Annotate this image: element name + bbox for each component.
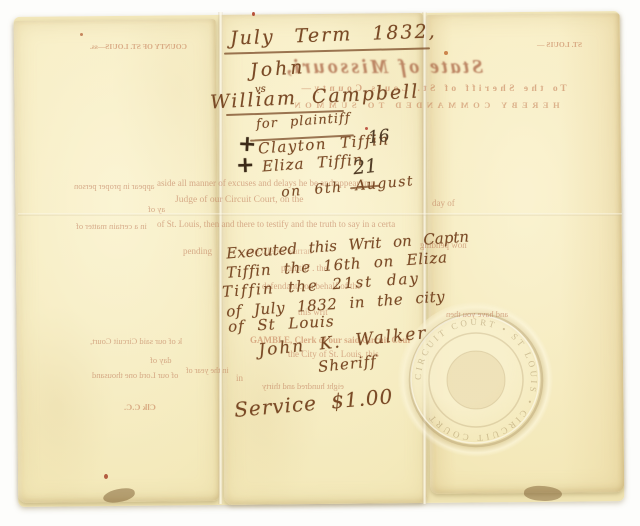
paper-panel-left bbox=[14, 19, 221, 503]
paper-panel-center bbox=[219, 13, 427, 505]
seal-core bbox=[447, 351, 505, 409]
embossed-seal: CIRCUIT COURT • ST LOUIS • CIRCUIT COURT bbox=[401, 305, 551, 455]
scan-canvas: { "document_title": "Writ verso — July T… bbox=[0, 0, 640, 526]
